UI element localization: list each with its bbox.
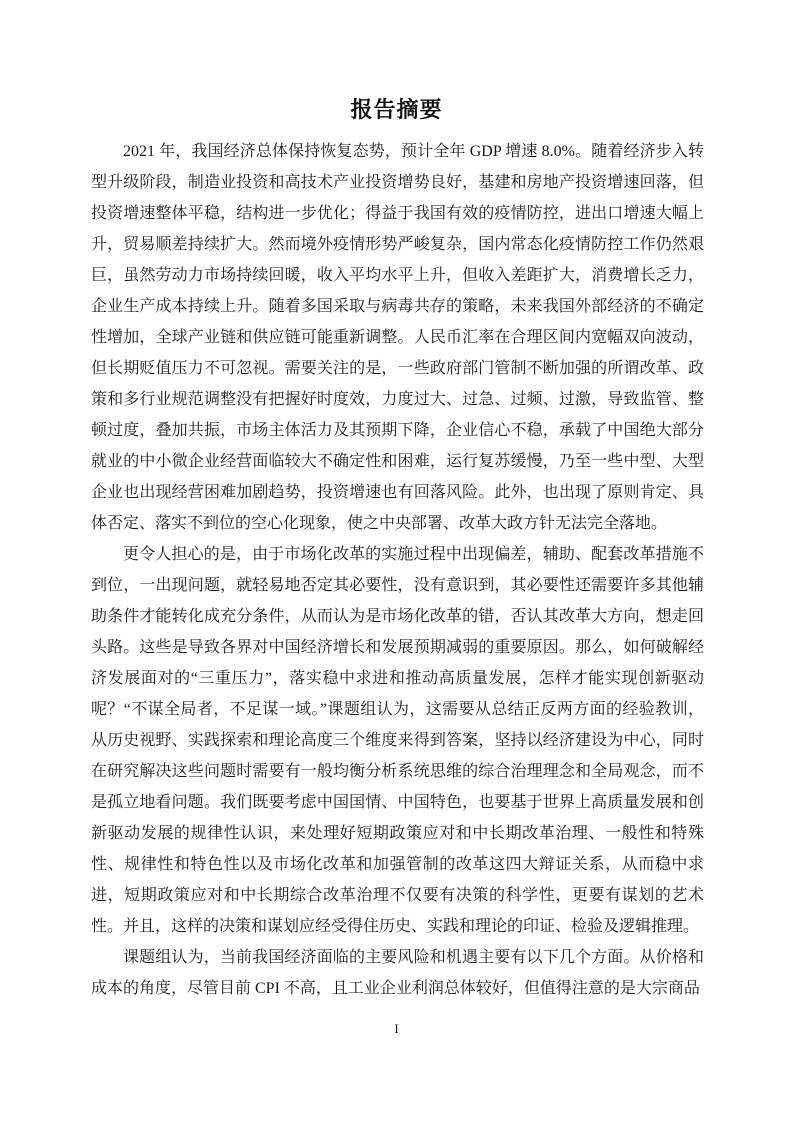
paragraph-2: 更令人担心的是，由于市场化改革的实施过程中出现偏差，辅助、配套改革措施不到位，一… <box>91 539 704 942</box>
document-page: 报告摘要 2021 年，我国经济总体保持恢复态势，预计全年 GDP 增速 8.0… <box>0 0 793 1122</box>
paragraph-1: 2021 年，我国经济总体保持恢复态势，预计全年 GDP 增速 8.0%。随着经… <box>91 136 704 539</box>
document-body: 2021 年，我国经济总体保持恢复态势，预计全年 GDP 增速 8.0%。随着经… <box>91 136 704 1004</box>
page-number: I <box>0 1021 793 1037</box>
page-title: 报告摘要 <box>0 96 793 124</box>
paragraph-3: 课题组认为，当前我国经济面临的主要风险和机遇主要有以下几个方面。从价格和成本的角… <box>91 942 704 1004</box>
